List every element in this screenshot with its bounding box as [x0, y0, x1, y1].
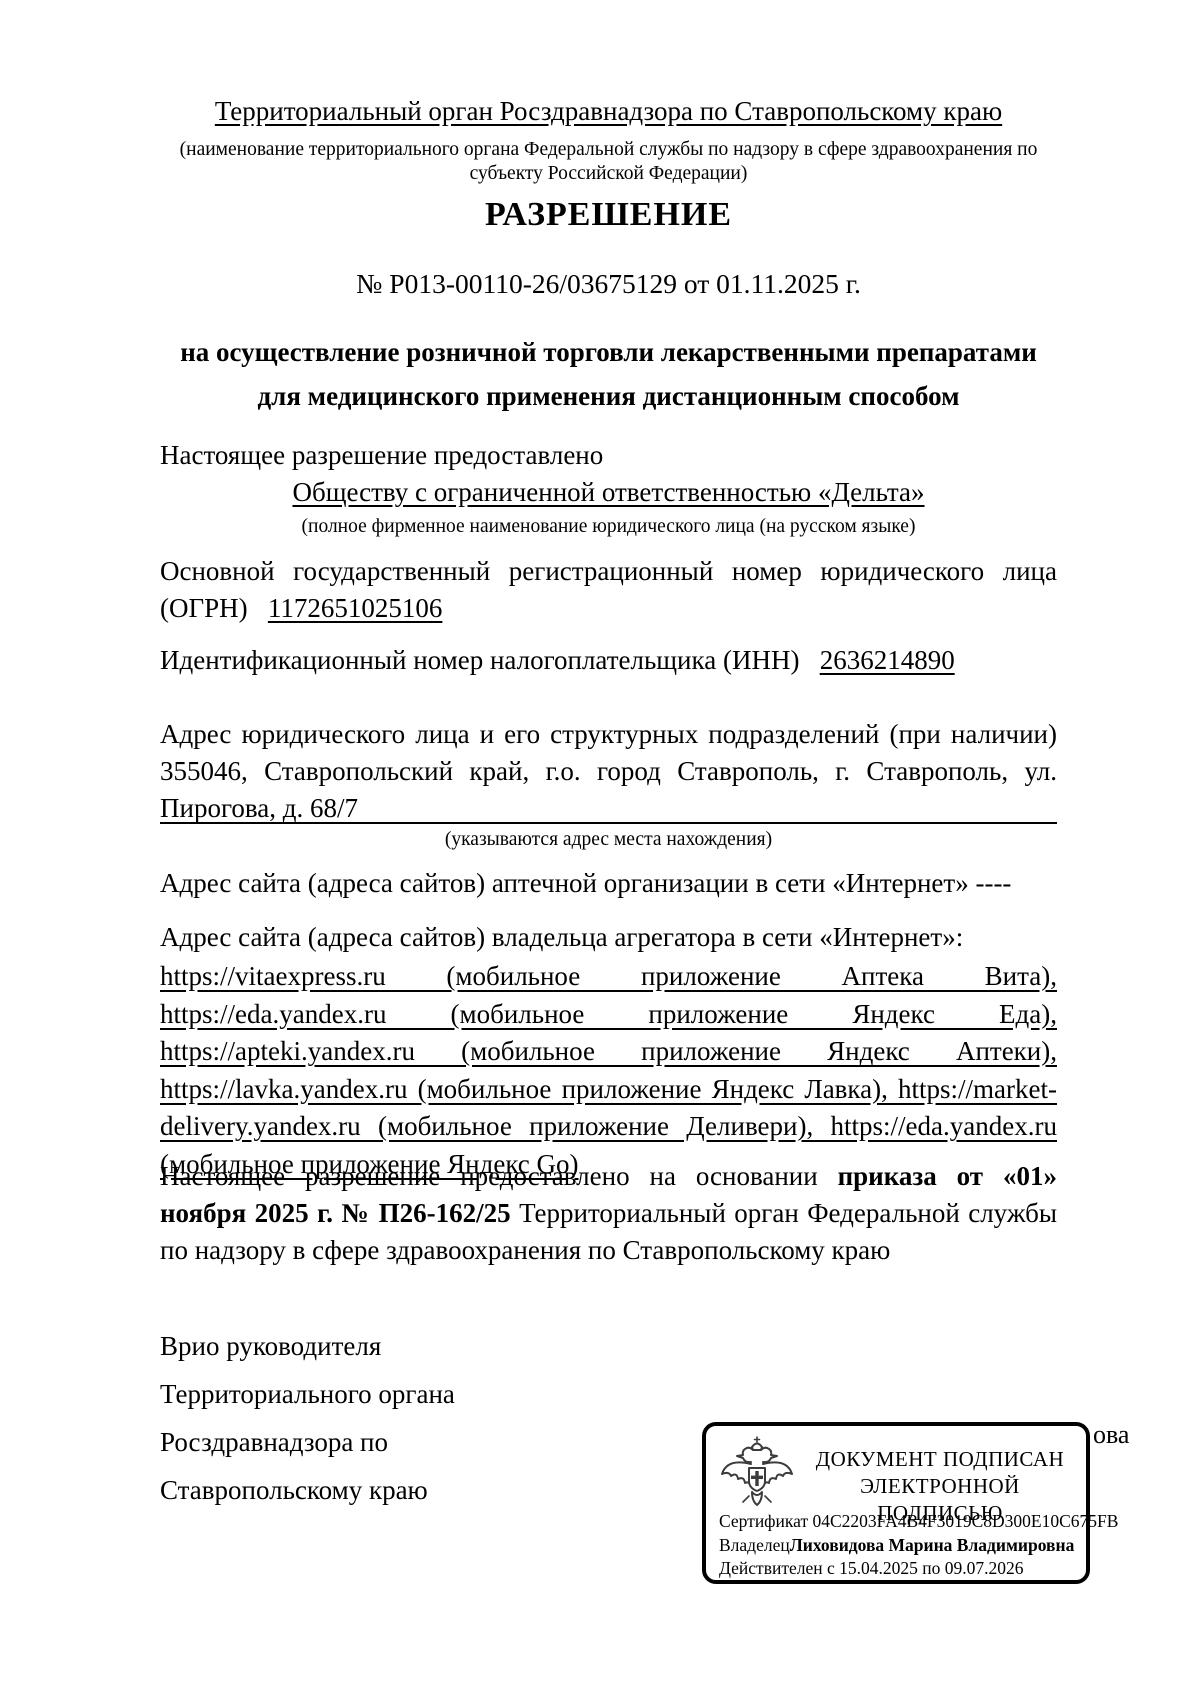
signatory-title-block: Врио руководителя Территориального орган… [160, 1322, 620, 1514]
document-number-line: № Р013-00110-26/03675129 от 01.11.2025 г… [160, 268, 1057, 300]
ogrn-value-line: (ОГРН) 1172651025106 [160, 590, 1057, 627]
inn-label: Идентификационный номер налогоплательщик… [160, 645, 799, 675]
address-value: 355046, Ставропольский край, г.о. город … [160, 756, 1057, 823]
address-underline-rule [160, 822, 1057, 824]
ogrn-label-top: Основной государственный регистрационный… [160, 553, 1057, 590]
stamp-owner-line: ВладелецЛиховидова Марина Владимировна [719, 1534, 1082, 1558]
signatory-name-fragment: ова [1093, 1420, 1129, 1450]
electronic-signature-stamp: ДОКУМЕНТ ПОДПИСАН ЭЛЕКТРОННОЙ ПОДПИСЬЮ С… [702, 1422, 1090, 1584]
grant-intro-line: Настоящее разрешение предоставлено [160, 440, 1057, 471]
org-name-text: Территориальный орган Росздравнадзора по… [215, 96, 1002, 126]
owner-value: Лиховидова Марина Владимировна [790, 1535, 1075, 1555]
ogrn-paragraph: Основной государственный регистрационный… [160, 553, 1057, 627]
owner-label: Владелец [719, 1535, 790, 1555]
certificate-label: Сертификат [719, 1511, 812, 1531]
grantee-company-line: Обществу с ограниченной ответственностью… [160, 477, 1057, 508]
roszdravnadzor-eagle-icon [719, 1434, 795, 1518]
grantee-company-caption: (полное фирменное наименование юридическ… [160, 515, 1057, 539]
certificate-value: 04C2203FA4B4F3019C8D300E10C675FB [812, 1511, 1118, 1531]
document-title: РАЗРЕШЕНИЕ [160, 196, 1057, 234]
address-label: Адрес юридического лица и его структурны… [160, 719, 1057, 749]
basis-paragraph: Настоящее разрешение предоставлено на ос… [160, 1158, 1057, 1269]
ogrn-label-bottom: (ОГРН) [160, 593, 248, 623]
stamp-validity-line: Действителен с 15.04.2025 по 09.07.2026 [719, 1557, 1082, 1581]
signatory-line: Росздравнадзора по [160, 1418, 620, 1466]
signatory-line: Ставропольскому краю [160, 1466, 620, 1514]
basis-text-1: Настоящее разрешение предоставлено на ос… [160, 1161, 838, 1191]
grantee-company-name: Обществу с ограниченной ответственностью… [292, 477, 924, 507]
org-name-caption: (наименование территориального органа Фе… [170, 138, 1047, 186]
stamp-certificate-line: Сертификат 04C2203FA4B4F3019C8D300E10C67… [719, 1510, 1082, 1534]
pharmacy-site-line: Адрес сайта (адреса сайтов) аптечной орг… [160, 868, 1057, 899]
signatory-line: Врио руководителя [160, 1322, 620, 1370]
aggregator-site-label: Адрес сайта (адреса сайтов) владельца аг… [160, 922, 1057, 953]
ogrn-value: 1172651025106 [268, 593, 443, 623]
address-caption: (указываются адрес места нахождения) [160, 828, 1057, 852]
document-subject: на осуществление розничной торговли лека… [160, 330, 1057, 418]
stamp-certificate-block: Сертификат 04C2203FA4B4F3019C8D300E10C67… [719, 1510, 1082, 1581]
signatory-line: Территориального органа [160, 1370, 620, 1418]
aggregator-urls-block: https://vitaexpress.ru (мобильное прилож… [160, 958, 1057, 1183]
address-paragraph: Адрес юридического лица и его структурны… [160, 716, 1057, 827]
inn-paragraph: Идентификационный номер налогоплательщик… [160, 645, 1057, 676]
org-name-heading: Территориальный орган Росздравнадзора по… [160, 96, 1057, 127]
inn-value: 2636214890 [820, 645, 955, 675]
stamp-title-line1: ДОКУМЕНТ ПОДПИСАН [800, 1446, 1080, 1473]
permission-document-page: Территориальный орган Росздравнадзора по… [0, 0, 1190, 1683]
